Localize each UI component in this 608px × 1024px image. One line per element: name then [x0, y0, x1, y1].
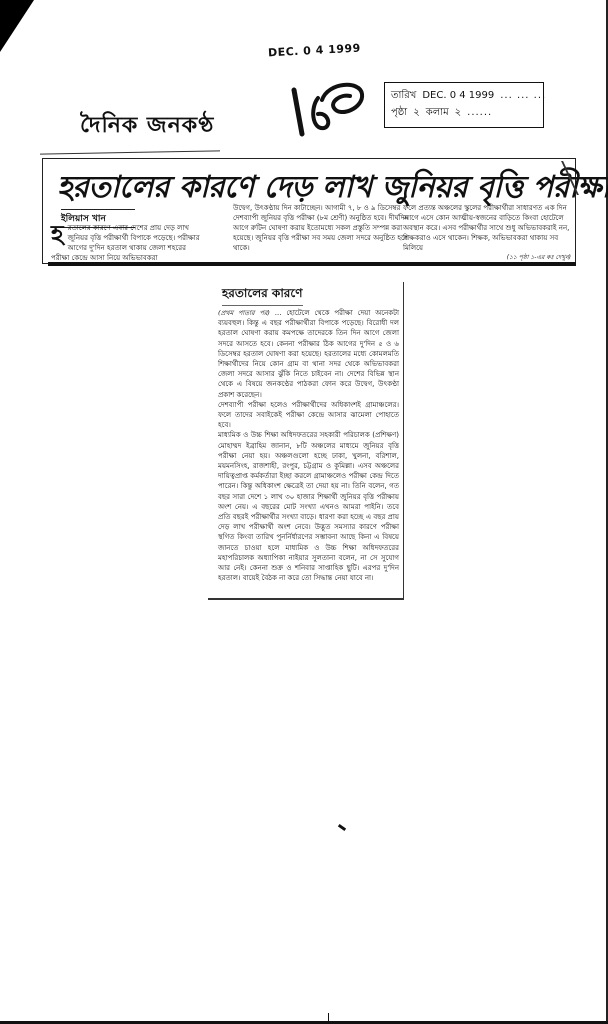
continuation-paragraph-1: ... হোটেলে থেকে পরীক্ষা দেয়া অনেকটা ব্য… [218, 309, 399, 399]
scan-corner-shadow [0, 0, 34, 52]
clipping-bottom-rule [48, 262, 576, 266]
handwritten-number-icon [288, 78, 368, 138]
date-stamp: DEC. 0 4 1999 [268, 42, 361, 60]
continuation-kicker: (প্রথম পাতার পর) [218, 309, 270, 317]
continuation-paragraph-2: দেশব্যাপী পরীক্ষা হলেও পরীক্ষার্থীদের অধ… [218, 400, 399, 431]
date-dots: ... ... ... [500, 87, 546, 104]
continuation-paragraph-3: মাধ্যমিক ও উচ্চ শিক্ষা অধিদফতরের সহকারী … [218, 430, 399, 583]
trailing-dots: ...... [467, 104, 492, 121]
article-column-3: ফলে প্রত্যন্ত অঞ্চলের স্কুলের পরীক্ষার্থ… [403, 203, 571, 263]
article-column-2: উদ্বেগ, উৎকণ্ঠায় দিন কাটাচ্ছেন। আগামী ৭… [233, 203, 409, 253]
column-label: কলাম [426, 104, 449, 121]
page-value: ২ [413, 104, 420, 121]
continuation-clipping: হরতালের কারণে (প্রথম পাতার পর) ... হোটেল… [218, 282, 404, 598]
column-1-text: রতালের কারণে এবার দেশের প্রায় দেড় লাখ … [51, 224, 200, 262]
newspaper-masthead: দৈনিক জনকণ্ঠ [80, 108, 214, 145]
page-label: পৃষ্ঠা [391, 104, 407, 121]
continuation-subhead: হরতালের কারণে [222, 285, 303, 306]
masthead-rule [40, 150, 220, 154]
column-value: ২ [455, 104, 462, 121]
continuation-body: (প্রথম পাতার পর) ... হোটেলে থেকে পরীক্ষা… [218, 308, 403, 583]
date-value: DEC. 0 4 1999 [422, 87, 494, 104]
continuation-bottom-rule [208, 598, 404, 600]
article-column-1: হ রতালের কারণে এবার দেশের প্রায় দেড় লা… [51, 223, 201, 263]
handwritten-number [288, 78, 368, 138]
column-3-text: ফলে প্রত্যন্ত অঞ্চলের স্কুলের পরীক্ষার্থ… [403, 204, 569, 252]
column-2-text: উদ্বেগ, উৎকণ্ঠায় দিন কাটাচ্ছেন। আগামী ৭… [233, 204, 409, 252]
dropcap: হ [51, 223, 64, 245]
main-article-clipping: হরতালের কারণে দেড় লাখ জুনিয়র বৃত্তি পর… [42, 158, 576, 264]
scan-speck [338, 824, 346, 831]
reference-box: তারিখ DEC. 0 4 1999 ... ... ... পৃষ্ঠা ২… [384, 82, 544, 128]
scan-speck [328, 1013, 329, 1023]
date-label: তারিখ [391, 87, 416, 104]
